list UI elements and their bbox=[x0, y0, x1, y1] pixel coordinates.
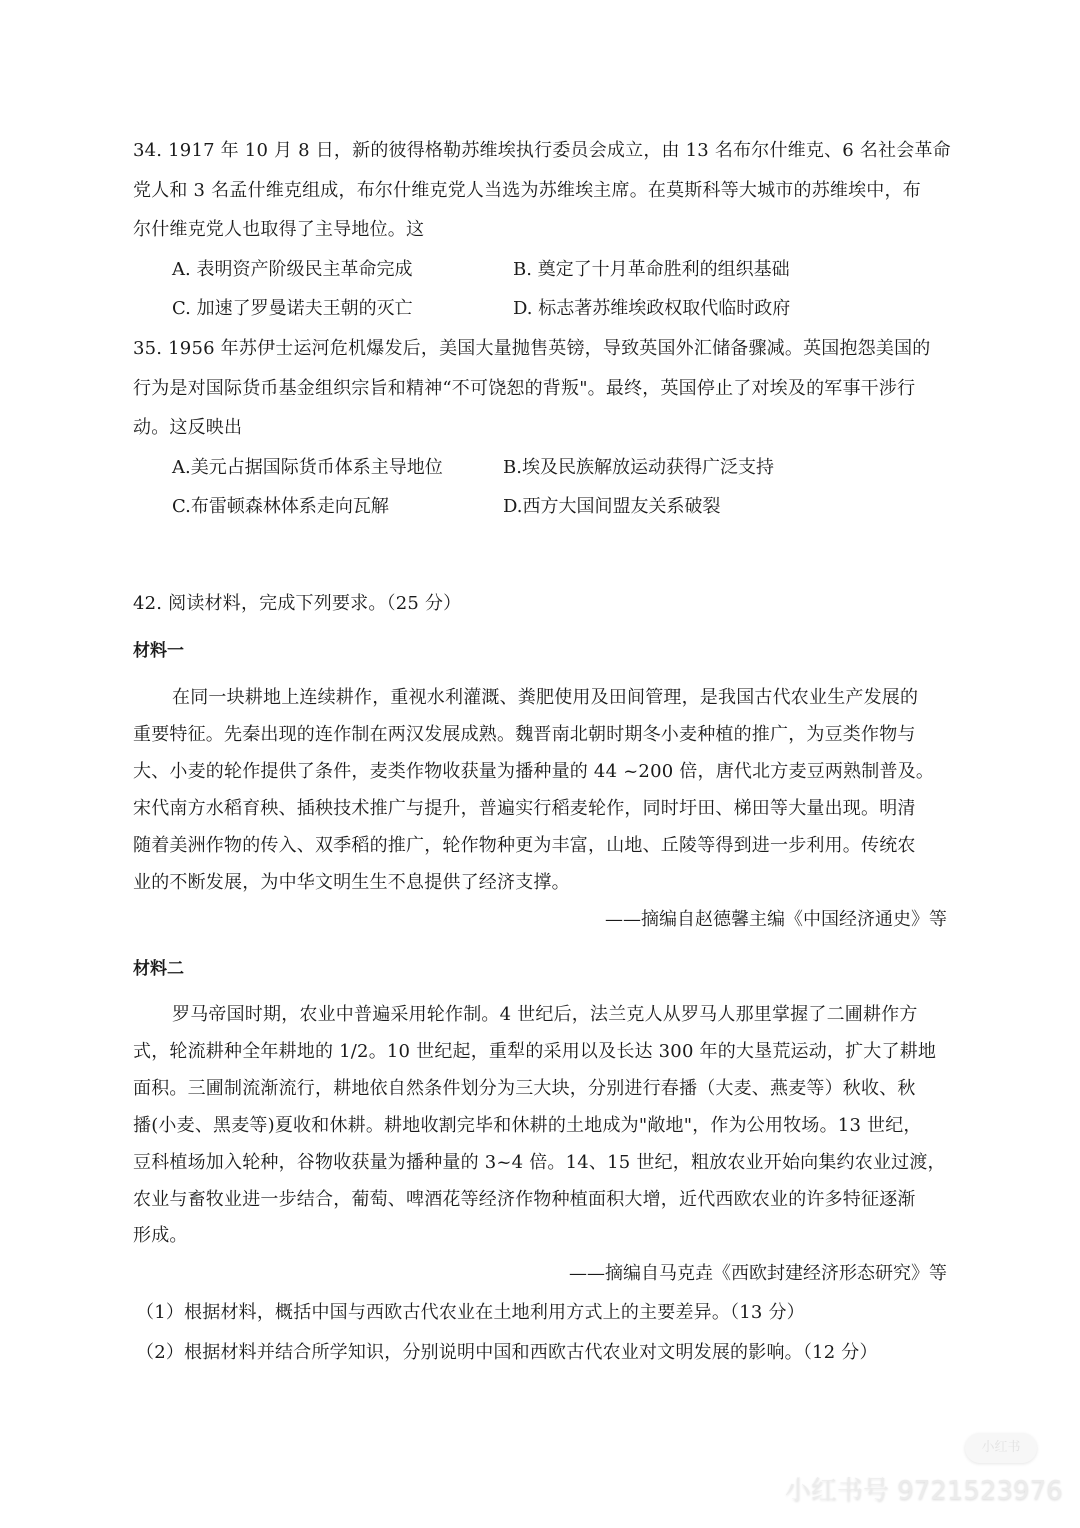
sub-question-1: （1）根据材料，概括中国与西欧古代农业在土地利用方式上的主要差异。（13 分） bbox=[136, 1302, 805, 1324]
material-1-line: 随着美洲作物的传入、双季稻的推广，轮作物种更为丰富，山地、丘陵等得到进一步利用。… bbox=[133, 835, 916, 857]
question-34-stem-line: 党人和 3 名孟什维克组成，布尔什维克党人当选为苏维埃主席。在莫斯科等大城市的苏… bbox=[133, 180, 921, 202]
question-35-option-d: D.西方大国间盟友关系破裂 bbox=[503, 496, 721, 518]
question-42-title: 42. 阅读材料，完成下列要求。（25 分） bbox=[133, 593, 461, 615]
question-34-stem-line: 尔什维克党人也取得了主导地位。这 bbox=[133, 219, 424, 241]
material-2-line: 面积。三圃制流渐流行，耕地依自然条件划分为三大块，分别进行春播（大麦、燕麦等）秋… bbox=[133, 1078, 916, 1100]
material-1-line: 重要特征。先秦出现的连作制在两汉发展成熟。魏晋南北朝时期冬小麦种植的推广，为豆类… bbox=[133, 724, 916, 746]
material-1-source: ——摘编自赵德馨主编《中国经济通史》等 bbox=[605, 909, 947, 931]
material-2-source: ——摘编自马克垚《西欧封建经济形态研究》等 bbox=[569, 1263, 947, 1285]
question-35-option-c: C.布雷顿森林体系走向瓦解 bbox=[172, 496, 389, 518]
watermark-text: 小红书号 9721523976 bbox=[785, 1470, 1063, 1507]
material-1-line: 在同一块耕地上连续耕作，重视水利灌溉、粪肥使用及田间管理，是我国古代农业生产发展… bbox=[172, 687, 918, 709]
watermark-badge: 小红书 bbox=[965, 1433, 1037, 1463]
question-34-stem-line: 34. 1917 年 10 月 8 日，新的彼得格勒苏维埃执行委员会成立，由 1… bbox=[133, 140, 951, 162]
question-34-option-c: C. 加速了罗曼诺夫王朝的灭亡 bbox=[172, 298, 413, 320]
question-35-stem-line: 动。这反映出 bbox=[133, 417, 242, 439]
material-2-line: 播(小麦、黑麦等)夏收和休耕。耕地收割完毕和休耕的土地成为"敞地"，作为公用牧场… bbox=[133, 1115, 922, 1137]
sub-question-2: （2）根据材料并结合所学知识，分别说明中国和西欧古代农业对文明发展的影响。（12… bbox=[136, 1342, 878, 1364]
material-2-line: 罗马帝国时期，农业中普遍采用轮作制。4 世纪后，法兰克人从罗马人那里掌握了二圃耕… bbox=[172, 1004, 918, 1026]
material-1-line: 宋代南方水稻育秧、插秧技术推广与提升，普遍实行稻麦轮作，同时圩田、梯田等大量出现… bbox=[133, 798, 916, 820]
material-2-heading: 材料二 bbox=[133, 958, 184, 980]
question-34-option-b: B. 奠定了十月革命胜利的组织基础 bbox=[513, 259, 790, 281]
question-34-option-d: D. 标志著苏维埃政权取代临时政府 bbox=[513, 298, 790, 320]
material-2-line: 农业与畜牧业进一步结合，葡萄、啤酒花等经济作物种植面积大增，近代西欧农业的许多特… bbox=[133, 1189, 916, 1211]
material-1-line: 大、小麦的轮作提供了条件，麦类作物收获量为播种量的 44 ~200 倍，唐代北方… bbox=[133, 761, 934, 783]
question-35-option-a: A.美元占据国际货币体系主导地位 bbox=[172, 457, 443, 479]
material-1-line: 业的不断发展，为中华文明生生不息提供了经济支撑。 bbox=[133, 872, 570, 894]
material-2-line: 豆科植场加入轮种，谷物收获量为播种量的 3~4 倍。14、15 世纪，粗放农业开… bbox=[133, 1152, 946, 1174]
material-2-line: 形成。 bbox=[133, 1225, 188, 1247]
question-35-stem-line: 行为是对国际货币基金组织宗旨和精神“不可饶恕的背叛"。最终，英国停止了对埃及的军… bbox=[133, 378, 915, 400]
question-35-option-b: B.埃及民族解放运动获得广泛支持 bbox=[503, 457, 774, 479]
question-34-option-a: A. 表明资产阶级民主革命完成 bbox=[172, 259, 412, 281]
material-2-line: 式，轮流耕种全年耕地的 1/2。10 世纪起，重犁的采用以及长达 300 年的大… bbox=[133, 1041, 936, 1063]
question-35-stem-line: 35. 1956 年苏伊士运河危机爆发后，美国大量抛售英镑，导致英国外汇储备骤减… bbox=[133, 338, 930, 360]
material-1-heading: 材料一 bbox=[133, 640, 184, 662]
